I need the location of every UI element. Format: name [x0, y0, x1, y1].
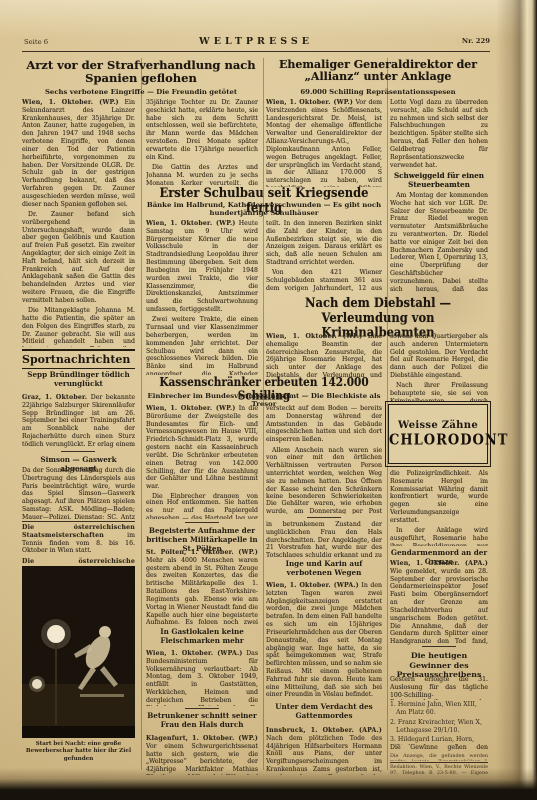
article-gewinner-intro: Gestern erfolgte die 31. Auslosung für d… — [390, 676, 488, 700]
article-gendarmen-body: Wien, 1. Oktober. (APA.) Wie gemeldet, w… — [390, 560, 488, 645]
article-diebstahl-column-3: Wien, 1. Oktober. (WP.) Eine ehemalige B… — [266, 333, 382, 377]
article-simson-body: Da der Sonntagvormittag durch die Übertr… — [22, 467, 135, 519]
winner-note: Die Anzeige, die gefunden werden mußte, … — [390, 753, 488, 761]
article-bruendlinger-body: Graz, 1. Oktober. Der bekannte 22jährige… — [22, 394, 135, 448]
article-gastlokale-headline: In Gastlokalen keine Fleischmarken mehr — [146, 628, 258, 646]
column-rule — [141, 58, 142, 770]
article-arzt-subhead: Sechs verbotene Eingriffe — Die Freundin… — [22, 88, 260, 96]
dateline: St. Pölten, 1. Oktober. (WP.) — [146, 549, 258, 556]
winner-list: 1. Hermine Jahn, Wien XIII, Am Platz 60.… — [390, 701, 488, 745]
article-gattenmord-headline: Unter dem Verdacht des Gattenmordes — [266, 703, 382, 721]
photo-caption: Start bei Nacht: eine große Bewerberscha… — [22, 741, 135, 763]
divider — [307, 517, 341, 518]
night-sport-photo — [22, 566, 135, 738]
article-inge-headline: Inge und Karin auf verbotenen Wegen — [266, 560, 382, 578]
sport-items-rule — [22, 521, 135, 522]
ad-line-2: CHLORODONT — [389, 432, 487, 449]
article-allianz-column-3: Wien, 1. Oktober. (WP.) Vor dem Vorsitze… — [266, 99, 382, 187]
article-kassen-column-2-end: einen Hof entkommen. Sie hatten es nur a… — [146, 499, 258, 519]
dateline: Wien, 1. Oktober. (WP.) — [146, 405, 235, 412]
ad-line-1: Weisse Zähne — [389, 420, 487, 431]
dateline: Wien, 1. Oktober. (APA.) — [390, 560, 488, 567]
dateline: Graz, 1. Oktober. — [22, 394, 87, 401]
article-betrunkener-continuation: in betrunkenem Zustand der unglücklichen… — [266, 521, 382, 557]
divider — [185, 708, 219, 709]
article-allianz-headline: Ehemaliger Generaldirektor der „Allianz“… — [266, 59, 490, 84]
winner-item: 1. Hermine Jahn, Wien XIII, Am Platz 60. — [390, 701, 488, 717]
article-diebstahl-continuation: die Polizeigründlichkeit. Als Rosemarie … — [390, 470, 488, 546]
article-allianz-column-4: Lotte Vogl dazu zu überreden versucht, a… — [390, 99, 488, 293]
masthead-title: WELTPRESSE — [22, 36, 490, 47]
article-stpoelten-body: St. Pölten, 1. Oktober. (WP.) Mehr als 4… — [146, 549, 258, 624]
sport-section-title: Sportnachrichten — [22, 349, 135, 369]
article-arzt-column-1: Wien, 1. Oktober. (WP.) Ein Sekundararzt… — [22, 99, 135, 347]
dateline: Wien, 1. Oktober. (WPA.) — [266, 582, 359, 589]
issue-number-label: Nr. 229 — [430, 37, 490, 45]
sport-short-items: Die österreichischen Staatsmeisterschaft… — [22, 524, 135, 564]
article-schulbau-column-3: teilt. In den inneren Bezirken sinkt die… — [266, 220, 382, 293]
article-inge-body: Wien, 1. Oktober. (WPA.) In den letzten … — [266, 582, 382, 698]
dateline: Wien, 1. Oktober. (WP.) — [266, 333, 362, 340]
divider — [185, 522, 219, 523]
article-schulbau-subhead: Bänke im Halbrund, Katheder verschwunden… — [146, 201, 382, 218]
article-betrunkener-body: Klagenfurt, 1. Oktober. (WP.) Vor einem … — [146, 735, 258, 775]
article-betrunkener-headline: Betrunkener schnitt seiner Frau den Hals… — [146, 712, 258, 730]
article-kassen-column-3: versteckt auf dem Boden — bereits am Don… — [266, 405, 382, 498]
divider — [61, 451, 95, 452]
article-gattenmord-body: Innsbruck, 1. Oktober. (APA.) Nach dem p… — [266, 727, 382, 775]
winner-item: 2. Franz Kreirachter, Wien X, Lethagasse… — [390, 719, 488, 735]
dateline: Wien, 1. Oktober. (WP.) — [266, 99, 353, 106]
article-schulbau-column-2: Wien, 1. Oktober. (WP.) Heute Samstag um… — [146, 220, 258, 375]
dateline: Wien, 1. Oktober. (WPA.) — [146, 650, 242, 657]
article-allianz-subhead-2: Schweiggeld für einen Steuerbeamten — [390, 172, 488, 190]
column-rule — [263, 58, 264, 770]
article-diebstahl-column-4: sowohl dem Quartiergeber als auch andere… — [390, 333, 488, 401]
photo-illustration — [22, 566, 135, 738]
article-kassen-column-2: Wien, 1. Oktober. (WP.) In die Büroräume… — [146, 405, 258, 498]
article-arzt-column-2: 35jährige Tochter zu Dr. Zauner geschick… — [146, 99, 258, 185]
dateline: Innsbruck, 1. Oktober. (APA.) — [266, 727, 382, 734]
article-gastlokale-body: Wien, 1. Oktober. (WPA.) Das Bundesminis… — [146, 650, 258, 706]
winner-postscript: Die Gewinne gehen den Preisträgern per P… — [390, 744, 488, 752]
article-allianz-subhead: 69.000 Schilling Repräsentationsspesen — [266, 88, 490, 96]
imprint-rule — [390, 762, 488, 763]
article-arzt-headline: Arzt vor der Strafverhandlung nach Spani… — [22, 59, 260, 85]
sport-item: Die österreichische Damenhandballmannsch… — [22, 558, 135, 564]
dateline: Wien, 1. Oktober. (WP.) — [146, 220, 236, 227]
imprint: Redaktion: Wien, V., Rechte Wienzeile 97… — [390, 764, 488, 776]
sport-item: Die österreichischen Staatsmeisterschaft… — [22, 524, 135, 555]
scanned-newspaper-page: Seite 6 WELTPRESSE Nr. 229 Arzt vor der … — [0, 0, 537, 800]
article-kassen-column-3-end: Die Gehälter waren, wie erhoben wurde, a… — [266, 500, 382, 514]
dateline: Klagenfurt, 1. Oktober. (WP.) — [146, 735, 258, 742]
chlorodont-ad: Weisse Zähne CHLORODONT — [388, 404, 488, 464]
article-bruendlinger-headline: Sepp Bründlinger tödlich verunglückt — [22, 371, 135, 389]
header-rule — [22, 51, 490, 52]
dateline: Wien, 1. Oktober. (WP.) — [22, 99, 119, 106]
divider — [422, 646, 456, 647]
